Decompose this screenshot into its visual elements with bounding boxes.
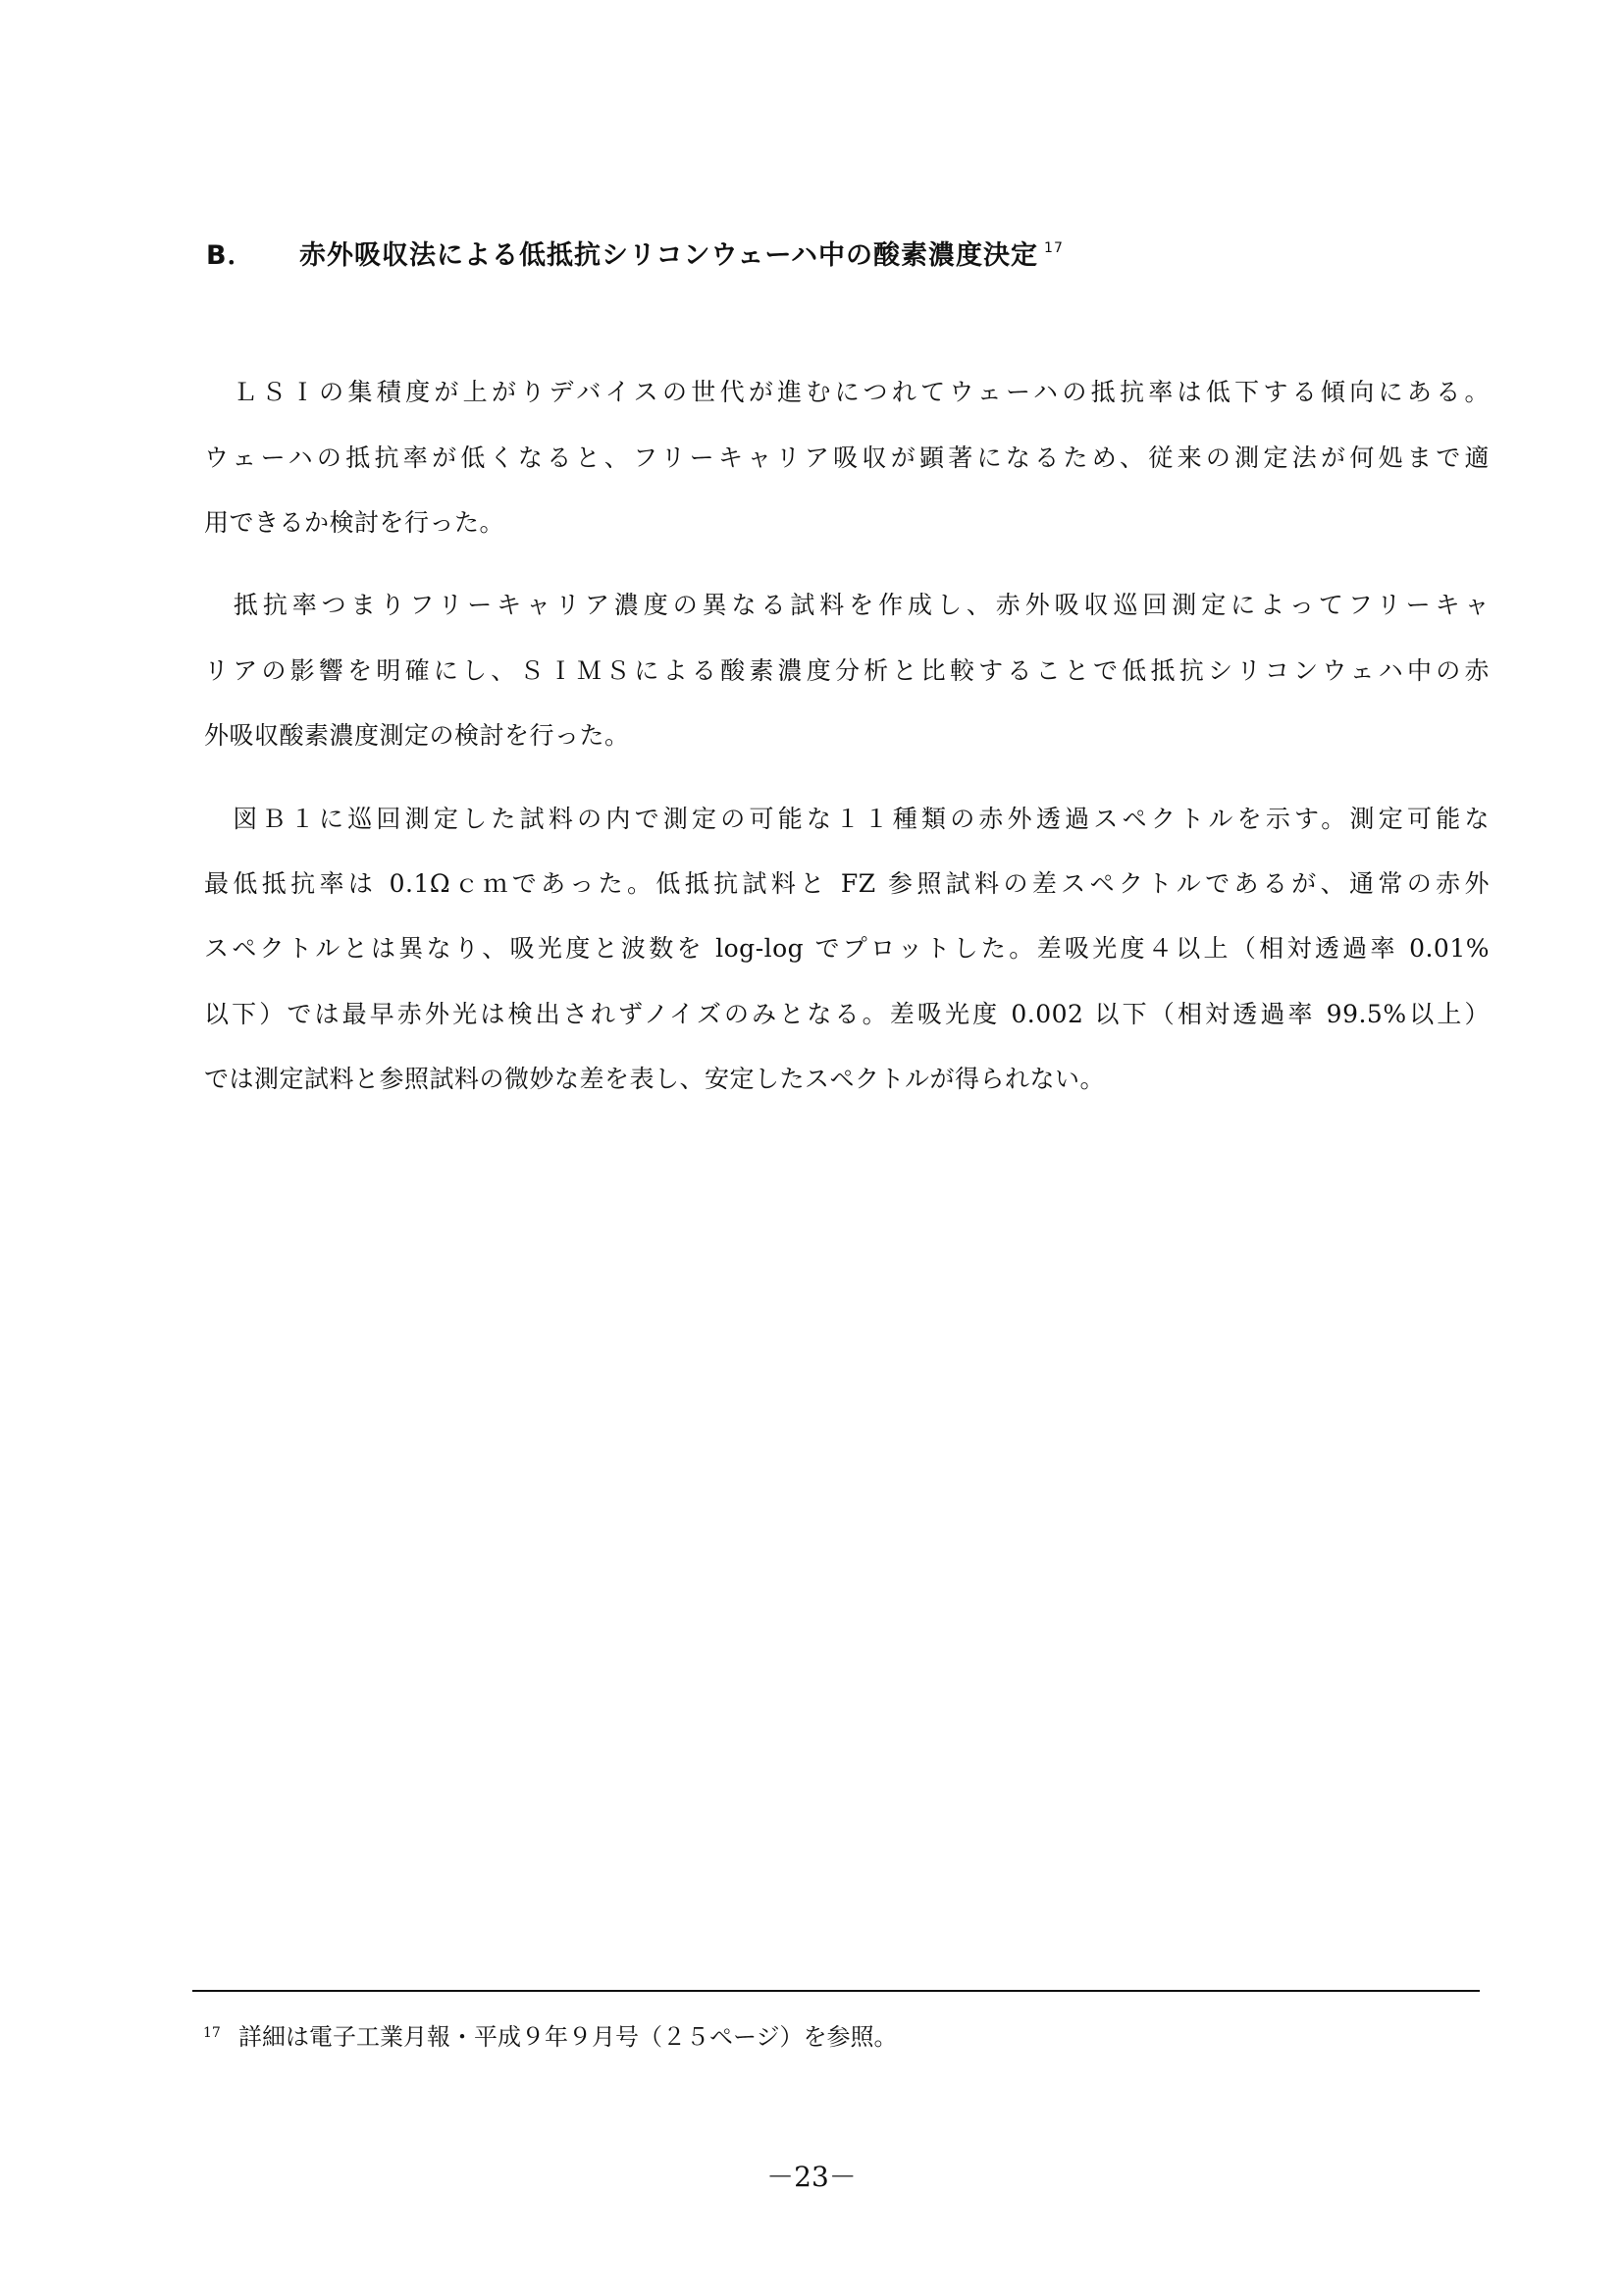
paragraph-3-line-1: 図Ｂ１に巡回測定した試料の内で測定の可能な１１種類の赤外透過スペクトルを示す。測… [204,805,1490,834]
footnote-divider [192,1990,1480,1992]
footnote: 17詳細は電子工業月報・平成９年９月号（２５ページ）を参照。 [203,2017,898,2052]
footnote-number: 17 [203,2025,238,2041]
section-label: B． [206,234,299,272]
paragraph-3-line-3: スペクトルとは異なり、吸光度と波数を log-log でプロットした。差吸光度４… [204,934,1490,964]
footnote-reference: 17 [1044,240,1064,256]
paragraph-1-line-1: ＬＳＩの集積度が上がりデバイスの世代が進むにつれてウェーハの抵抗率は低下する傾向… [204,378,1490,407]
paragraph-2-line-3: 外吸収酸素濃度測定の検討を行った。 [204,721,1490,751]
section-heading: B．赤外吸収法による低抵抗シリコンウェーハ中の酸素濃度決定17 [206,234,1064,272]
paragraph-2-line-1: 抵抗率つまりフリーキャリア濃度の異なる試料を作成し、赤外吸収巡回測定によってフリ… [204,591,1490,620]
paragraph-3-line-2: 最低抵抗率は 0.1Ωｃｍであった。低抵抗試料と FZ 参照試料の差スペクトルで… [204,869,1490,899]
paragraph-1-line-3: 用できるか検討を行った。 [204,508,1490,538]
paragraph-3-line-4: 以下）では最早赤外光は検出されずノイズのみとなる。差吸光度 0.002 以下（相… [204,1000,1490,1029]
section-title: 赤外吸収法による低抵抗シリコンウェーハ中の酸素濃度決定 [299,240,1038,271]
page-number: －23－ [0,2156,1623,2195]
paragraph-1-line-2: ウェーハの抵抗率が低くなると、フリーキャリア吸収が顕著になるため、従来の測定法が… [204,444,1490,473]
paragraph-3-line-5: では測定試料と参照試料の微妙な差を表し、安定したスペクトルが得られない。 [204,1065,1490,1094]
document-page: B．赤外吸収法による低抵抗シリコンウェーハ中の酸素濃度決定17 ＬＳＩの集積度が… [0,0,1623,2296]
footnote-text: 詳細は電子工業月報・平成９年９月号（２５ページ）を参照。 [238,2023,898,2051]
paragraph-2-line-2: リアの影響を明確にし、ＳＩＭＳによる酸素濃度分析と比較することで低抵抗シリコンウ… [204,656,1490,686]
